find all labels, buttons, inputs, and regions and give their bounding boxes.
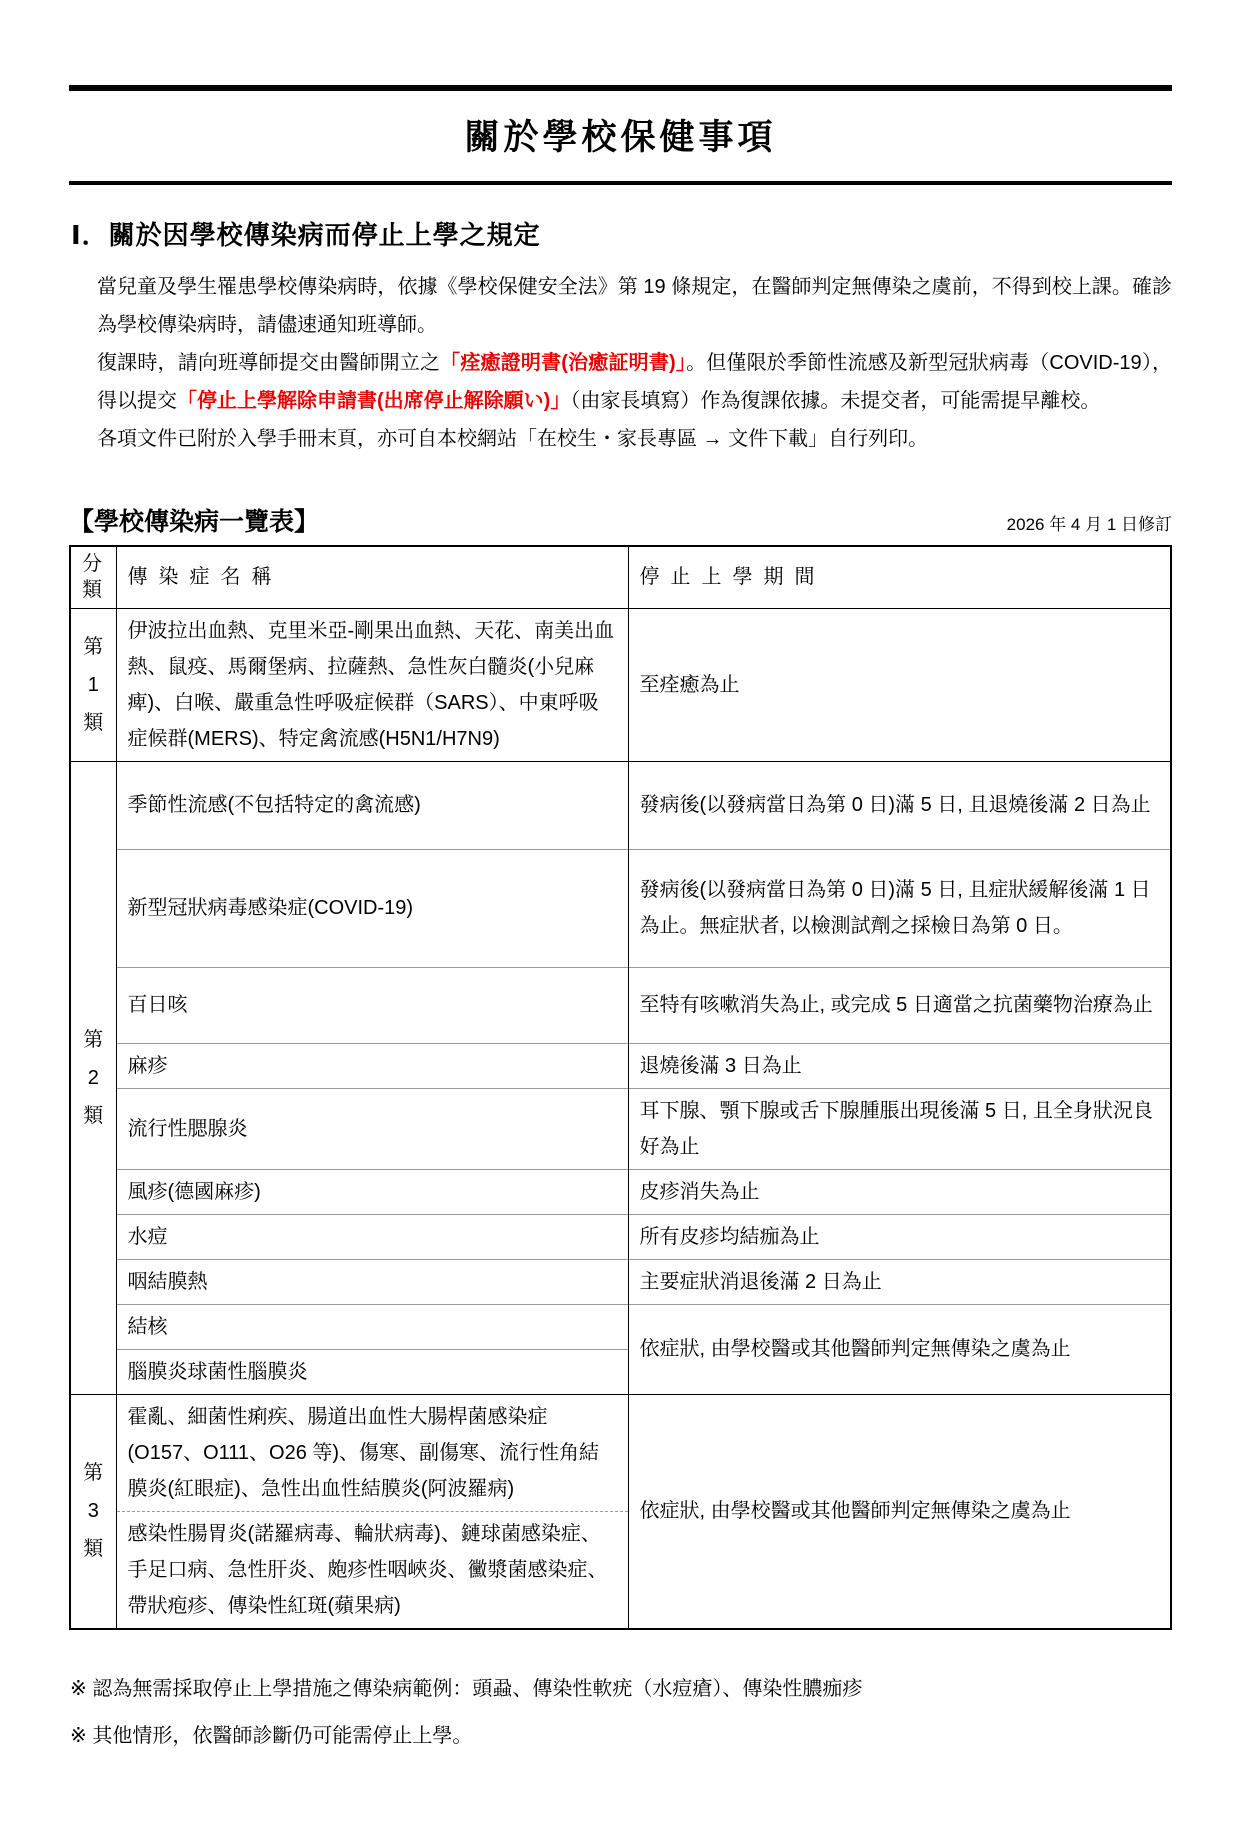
category-label-char: 類 xyxy=(83,1538,103,1560)
table-row: 麻疹 退燒後滿 3 日為止 xyxy=(70,1043,1171,1088)
page-title: 關於學校保健事項 xyxy=(69,110,1172,160)
category-1-diseases: 伊波拉出血熱、克里米亞-剛果出血熱、天花、南美出血熱、鼠疫、馬爾堡病、拉薩熱、急… xyxy=(116,608,628,761)
disease-name: 百日咳 xyxy=(116,967,628,1043)
footnote-exempt-diseases: ※ 認為無需採取停止上學措施之傳染病範例：頭蝨、傳染性軟疣（水痘瘡）、傳染性膿痂… xyxy=(70,1666,1172,1713)
table-row: 百日咳 至特有咳嗽消失為止, 或完成 5 日適當之抗菌藥物治療為止 xyxy=(70,967,1171,1043)
suspension-period: 主要症狀消退後滿 2 日為止 xyxy=(628,1259,1171,1304)
category-2-label-stack: 第 2 類 xyxy=(82,1029,105,1127)
category-label-char: 第 xyxy=(83,1462,103,1484)
table-row: 新型冠狀病毒感染症(COVID-19) 發病後(以發病當日為第 0 日)滿 5 … xyxy=(70,849,1171,967)
suspension-release-form-highlight: 「停止上學解除申請書(出席停止解除願い)」 xyxy=(177,390,570,412)
title-bottom-rule xyxy=(69,181,1172,185)
disease-name: 風疹(德國麻疹) xyxy=(116,1169,628,1214)
col-header-period: 停止上學期間 xyxy=(628,546,1171,608)
category-1-label: 第 1 類 xyxy=(70,608,116,761)
disease-name: 麻疹 xyxy=(116,1043,628,1088)
disease-name: 咽結膜熱 xyxy=(116,1259,628,1304)
category-3-label: 第 3 類 xyxy=(70,1394,116,1629)
paragraph-download: 各項文件已附於入學手冊末頁，亦可自本校網站「在校生・家長專區 → 文件下載」自行… xyxy=(97,420,1172,458)
table-row: 第 2 類 季節性流感(不包括特定的禽流感) 發病後(以發病當日為第 0 日)滿… xyxy=(70,761,1171,849)
table-row: 第 3 類 霍亂、細菌性痢疾、腸道出血性大腸桿菌感染症(O157、O111、O2… xyxy=(70,1394,1171,1511)
category-3-label-stack: 第 3 類 xyxy=(82,1462,105,1560)
table-header-row: 分類 傳染症名稱 停止上學期間 xyxy=(70,546,1171,608)
table-caption: 【學校傳染病一覽表】 xyxy=(69,502,319,538)
category-label-char: 1 xyxy=(88,674,99,696)
table-row: 流行性腮腺炎 耳下腺、顎下腺或舌下腺腫脹出現後滿 5 日, 且全身狀況良好為止 xyxy=(70,1088,1171,1169)
disease-name: 季節性流感(不包括特定的禽流感) xyxy=(116,761,628,849)
col-header-disease: 傳染症名稱 xyxy=(116,546,628,608)
category-label-char: 2 xyxy=(88,1067,99,1089)
suspension-period: 發病後(以發病當日為第 0 日)滿 5 日, 且退燒後滿 2 日為止 xyxy=(628,761,1171,849)
disease-name: 水痘 xyxy=(116,1214,628,1259)
category-label-char: 類 xyxy=(83,712,103,734)
section-1-heading: Ⅰ．關於因學校傳染病而停止上學之規定 xyxy=(71,215,1172,252)
category-label-char: 第 xyxy=(83,636,103,658)
table-row: 結核 依症狀, 由學校醫或其他醫師判定無傳染之虞為止 xyxy=(70,1304,1171,1349)
paragraph-certificates: 復課時，請向班導師提交由醫師開立之「痊癒證明書(治癒証明書)」。但僅限於季節性流… xyxy=(97,344,1172,420)
table-caption-row: 【學校傳染病一覽表】 2026 年 4 月 1 日修訂 xyxy=(69,502,1172,538)
disease-name: 結核 xyxy=(116,1304,628,1349)
disease-name: 流行性腮腺炎 xyxy=(116,1088,628,1169)
document-page: 關於學校保健事項 Ⅰ．關於因學校傳染病而停止上學之規定 當兒童及學生罹患學校傳染… xyxy=(0,85,1241,1760)
disease-table: 分類 傳染症名稱 停止上學期間 第 1 類 伊波拉出血熱、克里米亞-剛果出血熱、… xyxy=(69,545,1172,1630)
category-label-char: 類 xyxy=(83,1105,103,1127)
revision-date: 2026 年 4 月 1 日修訂 xyxy=(1007,510,1172,538)
top-rule xyxy=(69,85,1172,91)
category-label-char: 3 xyxy=(88,1500,99,1522)
table-row: 咽結膜熱 主要症狀消退後滿 2 日為止 xyxy=(70,1259,1171,1304)
category-1-label-stack: 第 1 類 xyxy=(82,636,105,734)
table-row: 第 1 類 伊波拉出血熱、克里米亞-剛果出血熱、天花、南美出血熱、鼠疫、馬爾堡病… xyxy=(70,608,1171,761)
disease-name: 腦膜炎球菌性腦膜炎 xyxy=(116,1349,628,1394)
category-3-diseases-group1: 霍亂、細菌性痢疾、腸道出血性大腸桿菌感染症(O157、O111、O26 等)、傷… xyxy=(116,1394,628,1511)
suspension-period: 依症狀, 由學校醫或其他醫師判定無傳染之虞為止 xyxy=(628,1304,1171,1394)
disease-name: 新型冠狀病毒感染症(COVID-19) xyxy=(116,849,628,967)
category-label-char: 第 xyxy=(83,1029,103,1051)
category-3-period: 依症狀, 由學校醫或其他醫師判定無傳染之虞為止 xyxy=(628,1394,1171,1629)
suspension-period: 所有皮疹均結痂為止 xyxy=(628,1214,1171,1259)
table-row: 風疹(德國麻疹) 皮疹消失為止 xyxy=(70,1169,1171,1214)
paragraph-rule: 當兒童及學生罹患學校傳染病時，依據《學校保健安全法》第 19 條規定，在醫師判定… xyxy=(97,268,1172,344)
recovery-certificate-highlight: 「痊癒證明書(治癒証明書)」 xyxy=(440,352,686,374)
paragraph-certificates-text: （由家長填寫）作為復課依據。未提交者，可能需提早離校。 xyxy=(570,390,1100,412)
suspension-period: 發病後(以發病當日為第 0 日)滿 5 日, 且症狀緩解後滿 1 日為止。無症狀… xyxy=(628,849,1171,967)
suspension-period: 耳下腺、顎下腺或舌下腺腫脹出現後滿 5 日, 且全身狀況良好為止 xyxy=(628,1088,1171,1169)
col-header-category: 分類 xyxy=(70,546,116,608)
section-1-body: 當兒童及學生罹患學校傳染病時，依據《學校保健安全法》第 19 條規定，在醫師判定… xyxy=(97,268,1172,458)
footnote-other-cases: ※ 其他情形，依醫師診斷仍可能需停止上學。 xyxy=(70,1713,1172,1760)
paragraph-certificates-text: 復課時，請向班導師提交由醫師開立之 xyxy=(97,352,440,374)
category-2-label: 第 2 類 xyxy=(70,761,116,1394)
table-row: 水痘 所有皮疹均結痂為止 xyxy=(70,1214,1171,1259)
category-3-diseases-group2: 感染性腸胃炎(諾羅病毒、輪狀病毒)、鏈球菌感染症、手足口病、急性肝炎、皰疹性咽峽… xyxy=(116,1511,628,1629)
footnotes: ※ 認為無需採取停止上學措施之傳染病範例：頭蝨、傳染性軟疣（水痘瘡）、傳染性膿痂… xyxy=(70,1666,1172,1760)
suspension-period: 皮疹消失為止 xyxy=(628,1169,1171,1214)
category-1-period: 至痊癒為止 xyxy=(628,608,1171,761)
suspension-period: 至特有咳嗽消失為止, 或完成 5 日適當之抗菌藥物治療為止 xyxy=(628,967,1171,1043)
suspension-period: 退燒後滿 3 日為止 xyxy=(628,1043,1171,1088)
